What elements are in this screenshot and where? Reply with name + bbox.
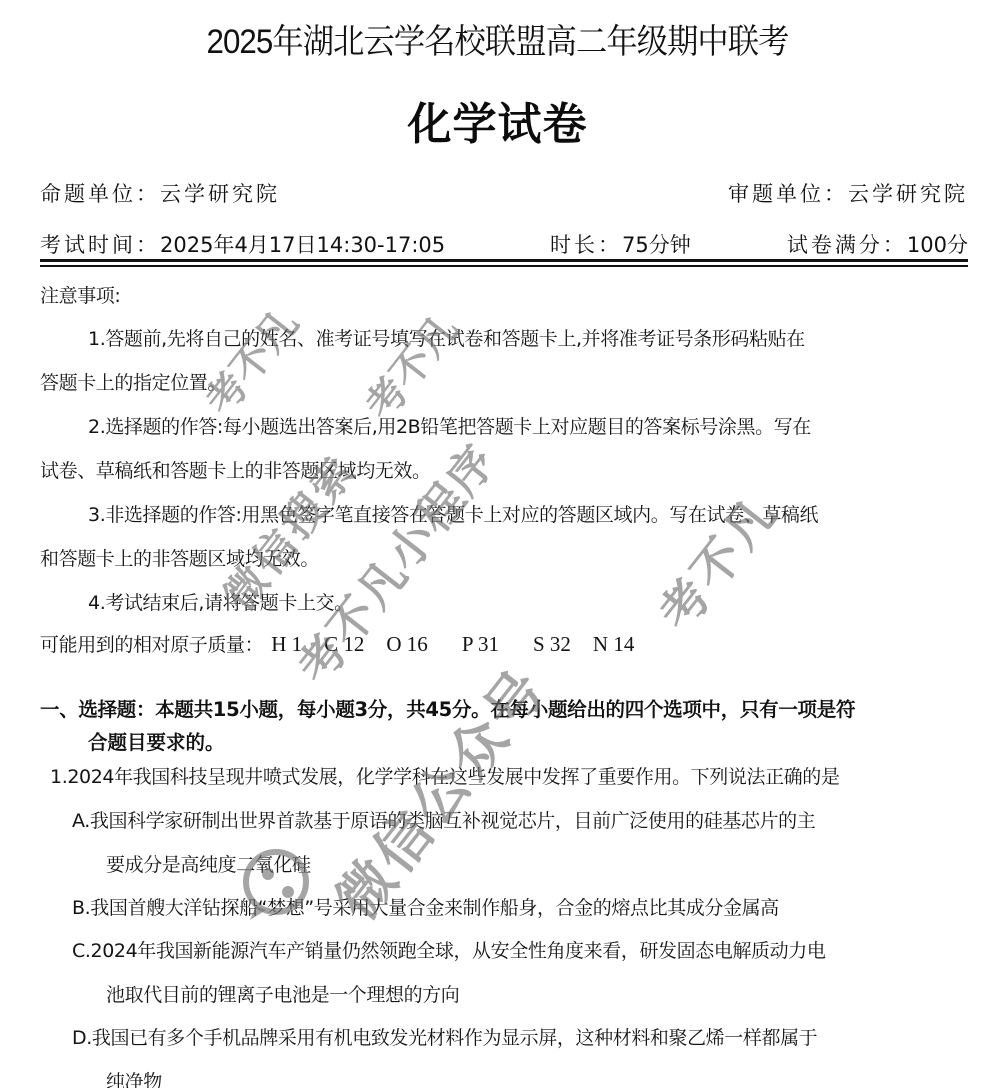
setter-value: 云学研究院 xyxy=(160,182,280,206)
exam-page: 2025年湖北云学名校联盟高二年级期中联考 化学试卷 命题单位：云学研究院 审题… xyxy=(0,0,995,1088)
full-score: 试卷满分：100分 xyxy=(787,229,968,259)
setter-label: 命题单位： xyxy=(40,182,160,206)
exam-time-label: 考试时间： xyxy=(40,233,160,257)
exam-time: 考试时间：2025年4月17日14:30-17:05 xyxy=(40,229,445,259)
duration-value: 75分钟 xyxy=(622,233,691,257)
duration-label: 时长： xyxy=(550,233,622,257)
atomic-masses-label: 可能用到的相对原子质量： xyxy=(40,634,263,656)
atomic-mass-o: O 16 xyxy=(386,632,427,656)
question-1-option-b: B.我国首艘大洋钻探船“梦想”号采用大量合金来制作船身，合金的熔点比其成分金属高 xyxy=(72,893,779,920)
notice-heading: 注意事项: xyxy=(40,281,120,308)
watermark-text: 考不凡 xyxy=(350,300,469,430)
atomic-mass-s: S 32 xyxy=(533,632,571,656)
reviewer-unit: 审题单位：云学研究院 xyxy=(728,178,968,208)
notice-item-1-line-1: 1.答题前,先将自己的姓名、准考证号填写在试卷和答题卡上,并将准考证号条形码粘贴… xyxy=(88,324,805,351)
question-1-option-c-cont: 池取代目前的锂离子电池是一个理想的方向 xyxy=(106,980,459,1007)
question-1-option-a: A.我国科学家研制出世界首款基于原语的类脑互补视觉芯片，目前广泛使用的硅基芯片的… xyxy=(72,806,815,833)
notice-item-3-line-1: 3.非选择题的作答:用黑色签字笔直接答在答题卡上对应的答题区域内。写在试卷、草稿… xyxy=(88,500,818,527)
question-1-option-c: C.2024年我国新能源汽车产销量仍然领跑全球，从安全性角度来看，研发固态电解质… xyxy=(72,936,825,963)
notice-item-2-line-1: 2.选择题的作答:每小题选出答案后,用2B铅笔把答题卡上对应题目的答案标号涂黑。… xyxy=(88,412,811,439)
question-1-stem: 1.2024年我国科技呈现井喷式发展，化学学科在这些发展中发挥了重要作用。下列说… xyxy=(50,762,839,789)
atomic-mass-c: C 12 xyxy=(324,632,364,656)
watermark-text: 考不凡 xyxy=(190,295,309,425)
atomic-mass-p: P 31 xyxy=(462,632,499,656)
atomic-mass-h: H 1 xyxy=(271,632,302,656)
full-score-label: 试卷满分： xyxy=(787,233,907,257)
question-1-option-d: D.我国已有多个手机品牌采用有机电致发光材料作为显示屏，这种材料和聚乙烯一样都属… xyxy=(72,1023,817,1050)
setter-unit: 命题单位：云学研究院 xyxy=(40,178,280,208)
divider-thick-line xyxy=(40,259,968,262)
divider-thin-line xyxy=(40,265,968,267)
notice-item-3-line-2: 和答题卡上的非答题区域均无效。 xyxy=(40,544,319,571)
reviewer-value: 云学研究院 xyxy=(848,182,968,206)
question-1-option-d-cont: 纯净物 xyxy=(106,1067,162,1088)
full-score-value: 100分 xyxy=(907,233,968,257)
notice-item-4: 4.考试结束后,请将答题卡上交。 xyxy=(88,588,353,615)
question-1-option-a-cont: 要成分是高纯度二氧化硅 xyxy=(106,850,311,877)
section-1-heading-cont: 合题目要求的。 xyxy=(88,727,225,755)
reviewer-label: 审题单位： xyxy=(728,182,848,206)
notice-item-1-line-2: 答题卡上的指定位置。 xyxy=(40,368,226,395)
watermark-text: 微信公众号 xyxy=(315,649,563,935)
subject-title: 化学试卷 xyxy=(0,88,995,152)
header-double-divider xyxy=(40,259,968,269)
notice-item-2-line-2: 试卷、草稿纸和答题卡上的非答题区域均无效。 xyxy=(40,456,431,483)
atomic-mass-n: N 14 xyxy=(593,632,634,656)
atomic-masses: 可能用到的相对原子质量：H 1C 12O 16P 31S 32N 14 xyxy=(40,630,634,657)
exam-time-value: 2025年4月17日14:30-17:05 xyxy=(160,233,445,257)
exam-title: 2025年湖北云学名校联盟高二年级期中联考 xyxy=(40,14,955,63)
duration: 时长：75分钟 xyxy=(550,229,691,259)
section-1-heading: 一、选择题：本题共15小题，每小题3分，共45分。在每小题给出的四个选项中，只有… xyxy=(40,694,855,722)
